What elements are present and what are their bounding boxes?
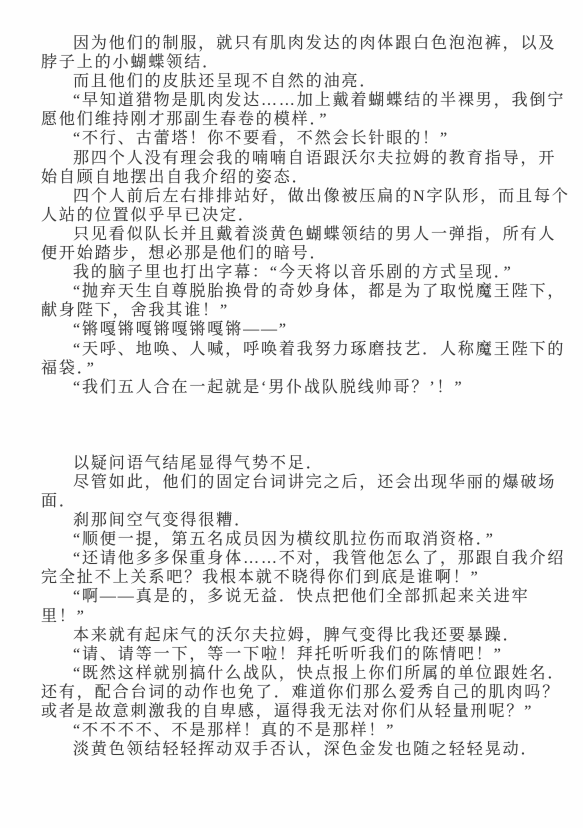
paragraph: “天呼、地唤、人喊，呼唤着我努力琢磨技艺．人称魔王陛下的福袋．” [41,340,571,378]
paragraph: “既然这样就别搞什么战队，快点报上你们所属的单位跟姓名．还有，配合台词的动作也免… [41,664,571,721]
paragraph: “顺便一提，第五名成员因为横纹肌拉伤而取消资格．” [41,530,571,549]
paragraph: “我们五人合在一起就是‘男仆战队脱线帅哥？’！” [41,378,571,397]
novel-page: 因为他们的制服，就只有肌肉发达的肉体跟白色泡泡裤，以及脖子上的小蝴蝶领结．而且他… [0,0,583,828]
paragraph: “锵嘎锵嘎锵嘎锵嘎锵——” [41,320,571,339]
paragraph: “请、请等一下，等一下啦！拜托听听我们的陈情吧！” [41,645,571,664]
paragraph: 淡黄色领结轻轻挥动双手否认，深色金发也随之轻轻晃动． [41,740,571,759]
paragraph: “不不不不、不是那样！真的不是那样！” [41,721,571,740]
paragraph: 尽管如此，他们的固定台词讲完之后，还会出现华丽的爆破场面． [41,473,571,511]
scene-break-spacer [41,397,571,454]
paragraph: 我的脑子里也打出字幕：“今天将以音乐剧的方式呈现．” [41,263,571,282]
paragraph: 以疑问语气结尾显得气势不足． [41,454,571,473]
paragraph: 而且他们的皮肤还呈现不自然的油亮． [41,72,571,91]
paragraph: “还请他多多保重身体……不对，我管他怎么了，那跟自我介绍完全扯不上关系吧？我根本… [41,549,571,587]
paragraph: “早知道猎物是肌肉发达……加上戴着蝴蝶结的半裸男，我倒宁愿他们维持刚才那副生春卷… [41,91,571,129]
paragraph: 本来就有起床气的沃尔夫拉姆，脾气变得比我还要暴躁． [41,626,571,645]
paragraph: 因为他们的制服，就只有肌肉发达的肉体跟白色泡泡裤，以及脖子上的小蝴蝶领结． [41,34,571,72]
paragraph: 四个人前后左右排排站好，做出像被压扁的N字队形，而且每个人站的位置似乎早已决定． [41,187,571,225]
section: 以疑问语气结尾显得气势不足．尽管如此，他们的固定台词讲完之后，还会出现华丽的爆破… [41,454,571,760]
paragraph: 那四个人没有理会我的喃喃自语跟沃尔夫拉姆的教育指导，开始自顾自地摆出自我介绍的姿… [41,149,571,187]
paragraph: 只见看似队长并且戴着淡黄色蝴蝶领结的男人一弹指，所有人便开始踏步，想必那是他们的… [41,225,571,263]
text-column: 因为他们的制服，就只有肌肉发达的肉体跟白色泡泡裤，以及脖子上的小蝴蝶领结．而且他… [0,0,581,759]
paragraph: “抛弃天生自尊脱胎换骨的奇妙身体，都是为了取悦魔王陛下，献身陛下，舍我其谁！” [41,282,571,320]
paragraph: 刹那间空气变得很糟． [41,511,571,530]
paragraph: “不行、古蕾塔！你不要看，不然会长针眼的！” [41,129,571,148]
paragraph: “啊——真是的，多说无益．快点把他们全部抓起来关进牢里！” [41,587,571,625]
section: 因为他们的制服，就只有肌肉发达的肉体跟白色泡泡裤，以及脖子上的小蝴蝶领结．而且他… [41,34,571,397]
